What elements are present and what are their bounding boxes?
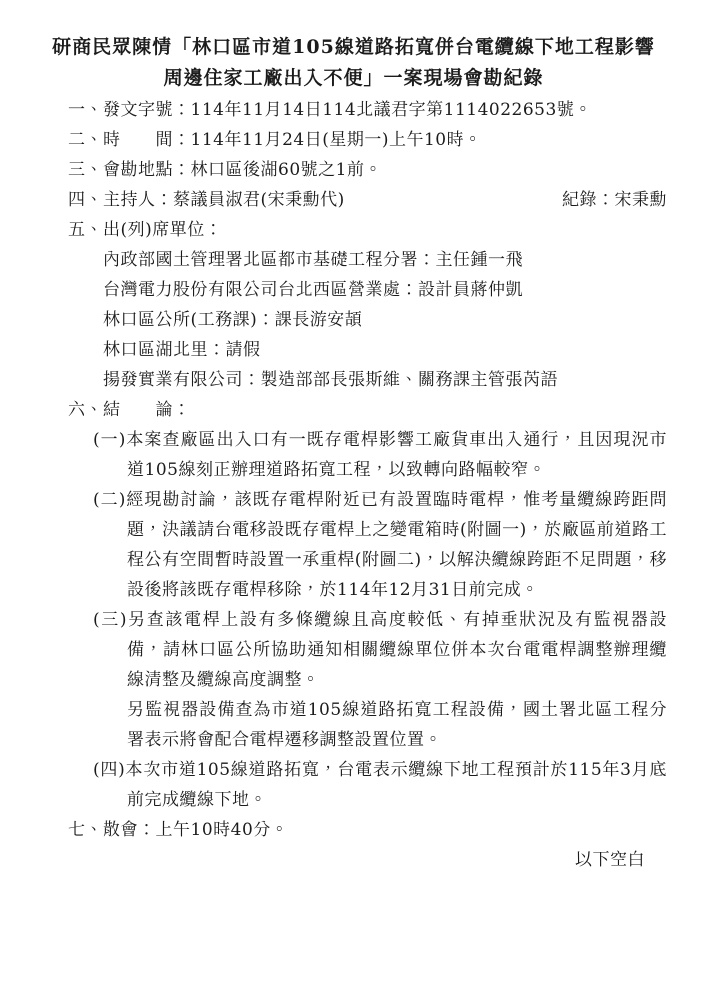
- attendee-entry: 揚發實業有限公司：製造部部長張斯維、關務課主管張芮語: [68, 365, 667, 395]
- item-doc-number: 一、 發文字號：114年11月14日114北議君字第1114022653號。: [68, 95, 667, 125]
- conclusion-item-2: (二)經現勘討論，該既存電桿附近已有設置臨時電桿，惟考量纜線跨距問題，決議請台電…: [68, 485, 667, 605]
- item-number: 五、: [68, 215, 103, 245]
- conclusion-text: 另查該電桿上設有多條纜線且高度較低、有掉垂狀況及有監視器設備，請林口區公所協助通…: [127, 610, 667, 690]
- item-text: 散會：上午10時40分。: [103, 815, 667, 845]
- blank-below-note: 以下空白: [68, 845, 667, 875]
- title-line-1: 研商民眾陳情「林口區市道105線道路拓寬併台電纜線下地工程影響: [0, 32, 707, 63]
- document-title: 研商民眾陳情「林口區市道105線道路拓寬併台電纜線下地工程影響 周邊住家工廠出入…: [0, 32, 707, 94]
- item-number: 四、: [68, 185, 103, 215]
- item-meeting-location: 三、 會勘地點：林口區後湖60號之1前。: [68, 155, 667, 185]
- attendee-entry: 林口區公所(工務課)：課長游安頡: [68, 305, 667, 335]
- conclusion-item-4: (四)本次市道105線道路拓寬，台電表示纜線下地工程預計於115年3月底前完成纜…: [68, 755, 667, 815]
- item-text: 發文字號：114年11月14日114北議君字第1114022653號。: [103, 95, 667, 125]
- item-number: 三、: [68, 155, 103, 185]
- item-meeting-time: 二、 時 間：114年11月24日(星期一)上午10時。: [68, 125, 667, 155]
- item-text: 主持人：蔡議員淑君(宋秉勳代): [103, 185, 562, 215]
- conclusion-marker: (三): [93, 610, 127, 630]
- conclusion-marker: (四): [93, 760, 125, 780]
- title-line-2: 周邊住家工廠出入不便」一案現場會勘紀錄: [0, 63, 707, 94]
- item-text: 結 論：: [103, 395, 667, 425]
- meeting-minutes-document: 研商民眾陳情「林口區市道105線道路拓寬併台電纜線下地工程影響 周邊住家工廠出入…: [0, 0, 707, 1000]
- conclusion-text: 本案查廠區出入口有一既存電桿影響工廠貨車出入通行，且因現況市道105線刻正辦理道…: [126, 430, 667, 480]
- item-adjournment: 七、 散會：上午10時40分。: [68, 815, 667, 845]
- conclusion-item-1: (一)本案查廠區出入口有一既存電桿影響工廠貨車出入通行，且因現況市道105線刻正…: [68, 425, 667, 485]
- conclusion-item-3-extra: 另監視器設備查為市道105線道路拓寬工程設備，國土署北區工程分署表示將會配合電桿…: [68, 695, 667, 755]
- conclusion-text: 本次市道105線道路拓寬，台電表示纜線下地工程預計於115年3月底前完成纜線下地…: [125, 760, 667, 810]
- conclusion-marker: (一): [93, 430, 126, 450]
- conclusion-text: 經現勘討論，該既存電桿附近已有設置臨時電桿，惟考量纜線跨距問題，決議請台電移設既…: [126, 490, 667, 600]
- attendee-entry: 林口區湖北里：請假: [68, 335, 667, 365]
- recorder-label: 紀錄：宋秉勳: [562, 185, 667, 215]
- item-text: 出(列)席單位：: [103, 215, 667, 245]
- item-attendees-header: 五、 出(列)席單位：: [68, 215, 667, 245]
- item-conclusions-header: 六、 結 論：: [68, 395, 667, 425]
- item-number: 二、: [68, 125, 103, 155]
- attendee-entry: 內政部國土管理署北區都市基礎工程分署：主任鍾一飛: [68, 245, 667, 275]
- item-number: 六、: [68, 395, 103, 425]
- attendee-entry: 台灣電力股份有限公司台北西區營業處：設計員蔣仲凱: [68, 275, 667, 305]
- conclusion-item-3: (三)另查該電桿上設有多條纜線且高度較低、有掉垂狀況及有監視器設備，請林口區公所…: [68, 605, 667, 695]
- item-text: 會勘地點：林口區後湖60號之1前。: [103, 155, 667, 185]
- item-text: 時 間：114年11月24日(星期一)上午10時。: [103, 125, 667, 155]
- conclusion-marker: (二): [93, 490, 126, 510]
- item-number: 七、: [68, 815, 103, 845]
- item-chairperson: 四、 主持人：蔡議員淑君(宋秉勳代) 紀錄：宋秉勳: [68, 185, 667, 215]
- item-number: 一、: [68, 95, 103, 125]
